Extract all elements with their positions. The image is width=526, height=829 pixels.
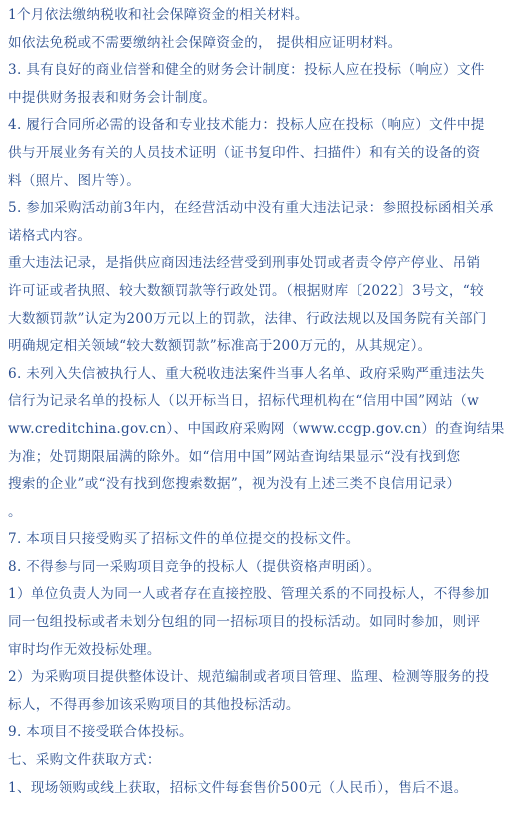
text-line: 8. 不得参与同一采购项目竞争的投标人（提供资格声明函）。: [8, 554, 526, 582]
text-line: 搜索的企业”或“没有找到您搜索数据”，视为没有上述三类不良信用记录）: [8, 471, 526, 499]
text-line: 7. 本项目只接受购买了招标文件的单位提交的投标文件。: [8, 526, 526, 554]
text-line: 2）为采购项目提供整体设计、规范编制或者项目管理、监理、检测等服务的投: [8, 664, 526, 692]
text-line: 诺格式内容。: [8, 223, 526, 251]
text-line: 信行为记录名单的投标人（以开标当日，招标代理机构在“信用中国”网站（w: [8, 388, 526, 416]
text-line: 重大违法记录，是指供应商因违法经营受到刑事处罚或者责令停产停业、吊销: [8, 250, 526, 278]
text-line: 1、现场领购或线上获取，招标文件每套售价500元（人民币），售后不退。: [8, 775, 526, 803]
text-line: ww.creditchina.gov.cn）、中国政府采购网（www.ccgp.…: [8, 416, 526, 444]
text-line: 标人，不得再参加该采购项目的其他投标活动。: [8, 692, 526, 720]
text-line: 大数额罚款”认定为200万元以上的罚款，法律、行政法规以及国务院有关部门: [8, 306, 526, 334]
text-line: 3. 具有良好的商业信誉和健全的财务会计制度：投标人应在投标（响应）文件: [8, 57, 526, 85]
text-line: 1）单位负责人为同一人或者存在直接控股、管理关系的不同投标人，不得参加: [8, 581, 526, 609]
section-heading: 七、采购文件获取方式：: [8, 747, 526, 775]
text-line: 如依法免税或不需要缴纳社会保障资金的， 提供相应证明材料。: [8, 30, 526, 58]
text-line: 供与开展业务有关的人员技术证明（证书复印件、扫描件）和有关的设备的资: [8, 140, 526, 168]
text-line: 同一包组投标或者未划分包组的同一招标项目的投标活动。如同时参加，则评: [8, 609, 526, 637]
text-line: 明确规定相关领域“较大数额罚款”标准高于200万元的，从其规定）。: [8, 333, 526, 361]
text-line: 4. 履行合同所必需的设备和专业技术能力：投标人应在投标（响应）文件中提: [8, 112, 526, 140]
text-line: 许可证或者执照、较大数额罚款等行政处罚。（根据财库〔2022〕3号文，“较: [8, 278, 526, 306]
text-line: 1个月依法缴纳税收和社会保障资金的相关材料。: [8, 2, 526, 30]
document-body: 1个月依法缴纳税收和社会保障资金的相关材料。 如依法免税或不需要缴纳社会保障资金…: [0, 0, 526, 802]
text-line: 。: [8, 499, 526, 527]
text-line: 6. 未列入失信被执行人、重大税收违法案件当事人名单、政府采购严重违法失: [8, 361, 526, 389]
text-line: 9. 本项目不接受联合体投标。: [8, 719, 526, 747]
text-line: 审时均作无效投标处理。: [8, 637, 526, 665]
text-line: 为准；处罚期限届满的除外。如“信用中国”网站查询结果显示“没有找到您: [8, 444, 526, 472]
text-line: 中提供财务报表和财务会计制度。: [8, 85, 526, 113]
text-line: 5. 参加采购活动前3年内，在经营活动中没有重大违法记录：参照投标函相关承: [8, 195, 526, 223]
text-line: 料（照片、图片等）。: [8, 168, 526, 196]
